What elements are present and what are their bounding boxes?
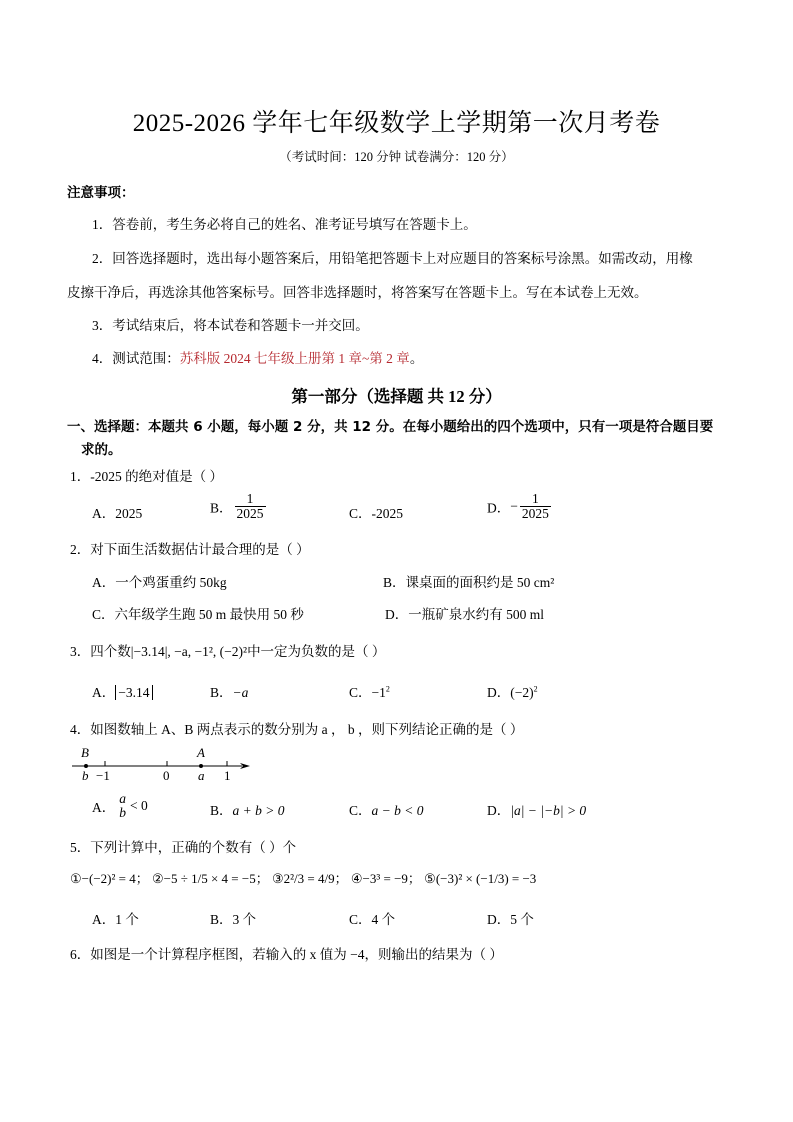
q3-option-b: B．−a [210, 681, 248, 701]
q1-option-c: C．-2025 [349, 502, 403, 522]
q3-expression: |−3.14|, −a, −1², (−2)² [131, 644, 247, 659]
q4-option-d: D．|a| − |−b| > 0 [487, 799, 586, 819]
scope-suffix: 。 [410, 351, 424, 366]
label-a-lower: a [198, 768, 205, 782]
q1-option-a: A．2025 [92, 502, 142, 522]
tick-label-zero: 0 [163, 768, 170, 782]
scope-value: 苏科版 2024 七年级上册第 1 章~第 2 章 [180, 351, 410, 366]
q2-option-b: B．课桌面的面积约是 50 cm² [383, 571, 554, 591]
label-a-upper: A [196, 745, 205, 760]
exam-title: 2025-2026 学年七年级数学上学期第一次月考卷 [0, 103, 793, 139]
q1-option-d: D．−12025 [487, 492, 553, 521]
q3-stem: 3．四个数|−3.14|, −a, −1², (−2)²中一定为负数的是（ ） [70, 640, 385, 660]
notice-item-3: 3．考试结束后，将本试卷和答题卡一并交回。 [92, 314, 369, 334]
q5-option-c: C．4 个 [349, 908, 395, 928]
q5-option-a: A．1 个 [92, 908, 139, 928]
q5-item-4: ④−3³ = −9 [351, 871, 408, 886]
q5-option-b: B．3 个 [210, 908, 256, 928]
q2-option-d: D．一瓶矿泉水约有 500 ml [385, 603, 544, 623]
q3-option-d: D．(−2)2 [487, 681, 538, 701]
q4-option-b: B．a + b > 0 [210, 799, 285, 819]
part1-title: 第一部分（选择题 共 12 分） [0, 383, 793, 407]
q5-option-d: D．5 个 [487, 908, 534, 928]
part1-instructions-cont: 求的。 [81, 438, 122, 458]
q3-option-c: C．−12 [349, 681, 390, 701]
q5-items: ①−(−2)² = 4； ②−5 ÷ 1/5 × 4 = −5； ③2²/3 =… [70, 868, 536, 887]
q4-option-c: C．a − b < 0 [349, 799, 424, 819]
label-b-upper: B [81, 745, 89, 760]
notice-item-2: 2．回答选择题时，选出每小题答案后，用铅笔把答题卡上对应题目的答案标号涂黑。如需… [92, 247, 693, 267]
q2-option-c: C．六年级学生跑 50 m 最快用 50 秒 [92, 603, 304, 623]
q1-option-b: B．12025 [210, 492, 268, 521]
q4-stem: 4．如图数轴上 A、B 两点表示的数分别为 a ， b ，则下列结论正确的是（ … [70, 718, 523, 738]
notice-heading: 注意事项： [67, 181, 135, 201]
q4-option-a: A．ab< 0 [92, 792, 148, 820]
q5-item-1: ①−(−2)² = 4 [70, 871, 136, 886]
q2-option-a: A．一个鸡蛋重约 50kg [92, 571, 227, 591]
q5-stem: 5．下列计算中，正确的个数有（ ）个 [70, 836, 296, 856]
q2-stem: 2．对下面生活数据估计最合理的是（ ） [70, 538, 310, 558]
q5-item-3: ③2²/3 = 4/9 [272, 871, 335, 886]
scope-label: 4．测试范围： [92, 351, 180, 366]
notice-item-4: 4．测试范围：苏科版 2024 七年级上册第 1 章~第 2 章。 [92, 347, 423, 367]
tick-label-one: 1 [224, 768, 231, 782]
q3-option-a: A．−3.14 [92, 681, 153, 701]
q1-stem: 1．-2025 的绝对值是（ ） [70, 465, 223, 485]
notice-item-1: 1．答卷前，考生务必将自己的姓名、准考证号填写在答题卡上。 [92, 213, 477, 233]
notice-item-2-cont: 皮擦干净后，再选涂其他答案标号。回答非选择题时，将答案写在答题卡上。写在本试卷上… [67, 281, 648, 301]
tick-label-minus-one: −1 [96, 768, 110, 782]
q5-item-2: ②−5 ÷ 1/5 × 4 = −5 [152, 871, 256, 886]
exam-subtitle: （考试时间：120 分钟 试卷满分：120 分） [0, 147, 793, 165]
number-line-figure: B A b a −1 0 1 [70, 744, 255, 782]
part1-instructions: 一、选择题：本题共 6 小题，每小题 2 分，共 12 分。在每小题给出的四个选… [67, 415, 713, 435]
q5-item-5: ⑤(−3)² × (−1/3) = −3 [424, 871, 536, 886]
q6-stem: 6．如图是一个计算程序框图，若输入的 x 值为 −4，则输出的结果为（ ） [70, 943, 503, 963]
label-b-lower: b [82, 768, 89, 782]
